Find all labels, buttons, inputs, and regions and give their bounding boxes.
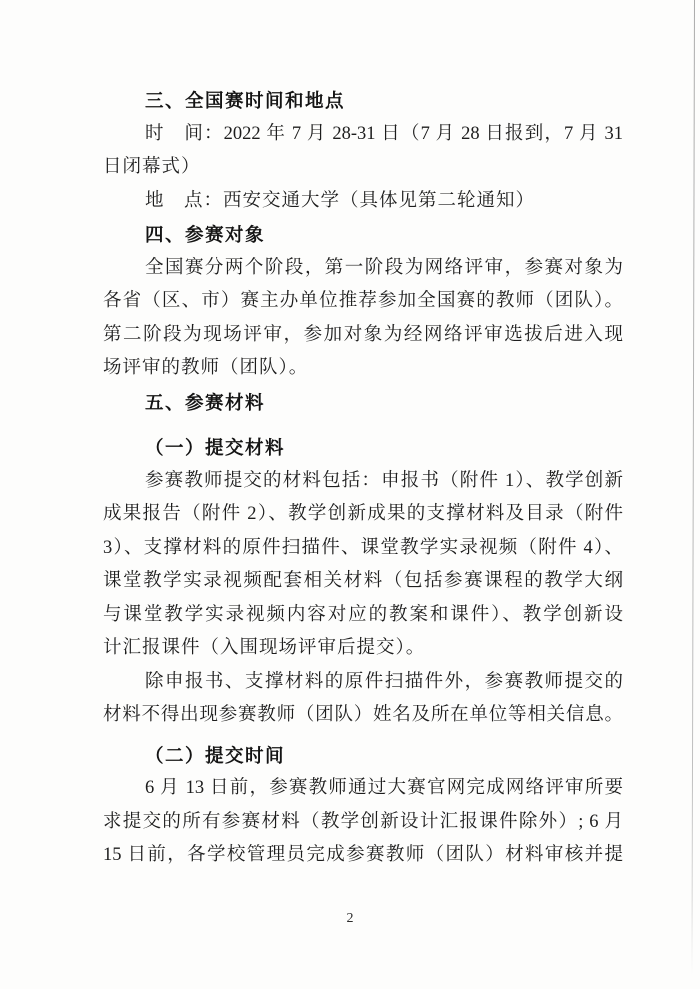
line-location-value: 地 点：西安交通大学（具体见第二轮通知） <box>103 185 623 219</box>
line-materials-6: 计汇报课件（入围现场评审后提交）。 <box>103 632 623 666</box>
line-time-value-2: 日闭幕式） <box>103 151 623 185</box>
line-materials-4: 课堂教学实录视频配套相关材料（包括参赛课程的教学大纲 <box>103 565 623 599</box>
page-number: 2 <box>0 911 700 927</box>
line-participants-2: 各省（区、市）赛主办单位推荐参加全国赛的教师（团队）。 <box>103 285 623 319</box>
subheading-submission-materials: （一）提交材料 <box>103 431 623 465</box>
heading-competition-materials: 五、参赛材料 <box>103 386 623 420</box>
line-deadline-1: 6 月 13 日前，参赛教师通过大赛官网完成网络评审所要 <box>103 772 623 806</box>
line-materials-1: 参赛教师提交的材料包括：申报书（附件 1）、教学创新 <box>103 465 623 499</box>
line-participants-1: 全国赛分两个阶段，第一阶段为网络评审，参赛对象为 <box>103 252 623 286</box>
line-deadline-3: 15 日前，各学校管理员完成参赛教师（团队）材料审核并提 <box>103 839 623 873</box>
scan-edge-artifact <box>691 0 695 975</box>
heading-national-final-time-location: 三、全国赛时间和地点 <box>103 84 623 118</box>
line-anonymity-rule-1: 除申报书、支撑材料的原件扫描件外，参赛教师提交的 <box>103 666 623 700</box>
line-materials-3: 3）、支撑材料的原件扫描件、课堂教学实录视频（附件 4）、 <box>103 532 623 566</box>
line-materials-5: 与课堂教学实录视频内容对应的教案和课件）、教学创新设 <box>103 599 623 633</box>
subheading-submission-time: （二）提交时间 <box>103 739 623 773</box>
line-deadline-2: 求提交的所有参赛材料（教学创新设计汇报课件除外）; 6 月 <box>103 806 623 840</box>
line-participants-3: 第二阶段为现场评审，参加对象为经网络评审选拔后进入现 <box>103 319 623 353</box>
line-time-value-1: 时 间：2022 年 7 月 28-31 日（7 月 28 日报到，7 月 31 <box>103 118 623 152</box>
document-content: 三、全国赛时间和地点 时 间：2022 年 7 月 28-31 日（7 月 28… <box>103 84 623 873</box>
line-materials-2: 成果报告（附件 2）、教学创新成果的支撑材料及目录（附件 <box>103 498 623 532</box>
scanned-document-page: 三、全国赛时间和地点 时 间：2022 年 7 月 28-31 日（7 月 28… <box>0 0 700 989</box>
line-participants-4: 场评审的教师（团队）。 <box>103 352 623 386</box>
line-anonymity-rule-2: 材料不得出现参赛教师（团队）姓名及所在单位等相关信息。 <box>103 699 623 733</box>
heading-participants: 四、参赛对象 <box>103 218 623 252</box>
